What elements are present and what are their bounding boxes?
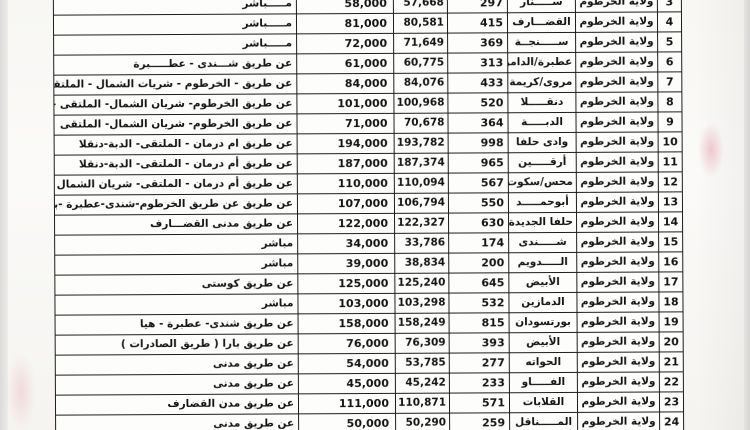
- route-cell: عن طريق ام درمان - الملتقى- الدبة-دنقلا: [54, 134, 297, 155]
- route-cell: مـــــباشر: [53, 14, 296, 35]
- row-number-cell: 8: [658, 92, 682, 112]
- fare-rounded-cell: 125,000: [298, 273, 395, 294]
- fare-exact-cell: 122,327: [394, 213, 448, 233]
- city-cell: الـــــدويم: [509, 252, 577, 272]
- fare-rounded-cell: 76,000: [298, 333, 395, 354]
- distance-km-cell: 200: [449, 253, 509, 273]
- distance-fare-table: 3ولاية الخرطومســـــنار29757,66858,000مـ…: [53, 0, 684, 430]
- distance-km-cell: 174: [449, 233, 509, 253]
- distance-km-cell: 364: [448, 113, 508, 133]
- fare-rounded-cell: 158,000: [298, 313, 395, 334]
- fare-rounded-cell: 58,000: [296, 0, 393, 14]
- fare-rounded-cell: 72,000: [297, 33, 394, 54]
- city-cell: الفـــــاو: [509, 372, 577, 392]
- city-cell: مروى/كريمة: [508, 72, 576, 92]
- state-cell: ولاية الخرطوم: [575, 0, 657, 12]
- state-cell: ولاية الخرطوم: [575, 12, 657, 32]
- fare-rounded-cell: 187,000: [297, 153, 394, 174]
- city-cell: ســـــنجــة: [508, 32, 576, 52]
- distance-km-cell: 571: [449, 393, 509, 413]
- row-number-cell: 20: [659, 332, 683, 352]
- row-number-cell: 18: [659, 292, 683, 312]
- distance-km-cell: 233: [449, 373, 509, 393]
- distance-km-cell: 532: [449, 293, 509, 313]
- route-cell: عن طريق شندى- عطبرة - هيا: [55, 314, 298, 335]
- row-number-cell: 10: [658, 132, 682, 152]
- state-cell: ولاية الخرطوم: [576, 112, 658, 132]
- fare-rounded-cell: 34,000: [298, 233, 395, 254]
- fare-rounded-cell: 101,000: [297, 93, 394, 114]
- row-number-cell: 13: [658, 192, 682, 212]
- route-cell: عن طريق الخرطوم- شريان الشمال- الملتقى: [54, 114, 297, 135]
- fare-exact-cell: 125,240: [395, 273, 449, 293]
- city-cell: شـــــندى: [509, 232, 577, 252]
- route-cell: عن طريق مدنى القضـــارف: [55, 214, 298, 235]
- city-cell: المـــــناقل: [510, 412, 578, 430]
- fare-rounded-cell: 45,000: [298, 373, 395, 394]
- route-cell: عن طريق مدن القضارف: [55, 394, 298, 415]
- city-cell: أرقـــــين: [508, 152, 576, 172]
- fare-exact-cell: 53,785: [395, 353, 449, 373]
- row-number-cell: 14: [658, 212, 682, 232]
- fare-exact-cell: 60,775: [394, 53, 448, 73]
- fare-rounded-cell: 111,000: [298, 393, 395, 414]
- fare-rounded-cell: 107,000: [297, 193, 394, 214]
- route-cell: مباشر: [55, 294, 298, 315]
- state-cell: ولاية الخرطوم: [577, 372, 659, 392]
- route-cell: عن طريق مدنى: [55, 354, 298, 375]
- state-cell: ولاية الخرطوم: [577, 312, 659, 332]
- distance-km-cell: 433: [448, 73, 508, 93]
- distance-km-cell: 998: [448, 133, 508, 153]
- state-cell: ولاية الخرطوم: [576, 152, 658, 172]
- fare-rounded-cell: 54,000: [298, 353, 395, 374]
- city-cell: وادى حلفا: [508, 132, 576, 152]
- row-number-cell: 24: [660, 412, 684, 430]
- row-number-cell: 15: [659, 232, 683, 252]
- fare-rounded-cell: 39,000: [298, 253, 395, 274]
- city-cell: أبوحمـــــد: [508, 192, 576, 212]
- city-cell: الأبيض: [509, 272, 577, 292]
- city-cell: عطبرة/الدامر: [508, 52, 576, 72]
- fare-rounded-cell: 103,000: [298, 293, 395, 314]
- distance-km-cell: 277: [449, 353, 509, 373]
- distance-km-cell: 415: [447, 13, 507, 33]
- distance-km-cell: 965: [448, 153, 508, 173]
- row-number-cell: 9: [658, 112, 682, 132]
- row-number-cell: 16: [659, 252, 683, 272]
- row-number-cell: 7: [658, 72, 682, 92]
- fare-exact-cell: 110,871: [395, 393, 449, 413]
- row-number-cell: 17: [659, 272, 683, 292]
- route-cell: عن طريق مدنى: [55, 374, 298, 395]
- row-number-cell: 21: [659, 352, 683, 372]
- state-cell: ولاية الخرطوم: [576, 32, 658, 52]
- state-cell: ولاية الخرطوم: [576, 212, 658, 232]
- row-number-cell: 22: [659, 372, 683, 392]
- state-cell: ولاية الخرطوم: [577, 272, 659, 292]
- state-cell: ولاية الخرطوم: [576, 72, 658, 92]
- fare-exact-cell: 84,076: [394, 73, 448, 93]
- route-cell: مـــــباشر: [53, 0, 296, 15]
- city-cell: الدمازين: [509, 292, 577, 312]
- fare-exact-cell: 57,668: [393, 0, 447, 13]
- distance-km-cell: 567: [448, 173, 508, 193]
- state-cell: ولاية الخرطوم: [578, 412, 660, 430]
- route-cell: عن طريق أم درمان - الملتقى- شريان الشمال: [54, 174, 297, 195]
- city-cell: محس/سكوت: [508, 172, 576, 192]
- city-cell: بورتسودان: [509, 312, 577, 332]
- fare-rounded-cell: 81,000: [296, 13, 393, 34]
- distance-km-cell: 297: [447, 0, 507, 13]
- fare-rounded-cell: 110,000: [297, 173, 394, 194]
- fare-exact-cell: 71,649: [394, 33, 448, 53]
- fare-exact-cell: 103,298: [395, 293, 449, 313]
- fare-exact-cell: 193,782: [394, 133, 448, 153]
- city-cell: الدبـــــة: [508, 112, 576, 132]
- state-cell: ولاية الخرطوم: [576, 92, 658, 112]
- state-cell: ولاية الخرطوم: [577, 352, 659, 372]
- state-cell: ولاية الخرطوم: [577, 332, 659, 352]
- row-number-cell: 11: [658, 152, 682, 172]
- route-cell: عن طريق عن طريق الخرطوم-شندى-عطبرة -بربر: [54, 194, 297, 215]
- route-cell: مباشر: [55, 234, 298, 255]
- table-tilt-wrapper: 3ولاية الخرطومســـــنار29757,66858,000مـ…: [53, 0, 684, 430]
- route-cell: عن طريق أم درمان - الملتقى- الدبة-دنقلا: [54, 154, 297, 175]
- fare-exact-cell: 100,968: [394, 93, 448, 113]
- route-cell: عن طريق مدنى: [56, 414, 299, 430]
- fare-exact-cell: 110,094: [394, 173, 448, 193]
- route-cell: عن طريق بارا ( طريق الصادرات ): [55, 334, 298, 355]
- state-cell: ولاية الخرطوم: [576, 192, 658, 212]
- distance-km-cell: 550: [448, 193, 508, 213]
- distance-km-cell: 393: [449, 333, 509, 353]
- route-cell: عن طريق شـــندى - عطـــــبرة: [54, 54, 297, 75]
- state-cell: ولاية الخرطوم: [576, 172, 658, 192]
- fare-exact-cell: 187,374: [394, 153, 448, 173]
- fare-exact-cell: 70,678: [394, 113, 448, 133]
- city-cell: دنقـــــلا: [508, 92, 576, 112]
- state-cell: ولاية الخرطوم: [576, 132, 658, 152]
- state-cell: ولاية الخرطوم: [577, 292, 659, 312]
- table-body: 3ولاية الخرطومســـــنار29757,66858,000مـ…: [53, 0, 683, 430]
- fare-exact-cell: 158,249: [395, 313, 449, 333]
- route-cell: عن طريق كوستى: [55, 274, 298, 295]
- fare-rounded-cell: 61,000: [297, 53, 394, 74]
- photo-right-edge: [744, 0, 750, 430]
- fare-exact-cell: 38,834: [395, 253, 449, 273]
- row-number-cell: 4: [657, 12, 681, 32]
- fare-rounded-cell: 71,000: [297, 113, 394, 134]
- distance-km-cell: 645: [449, 273, 509, 293]
- distance-km-cell: 630: [448, 213, 508, 233]
- city-cell: القلابات: [509, 392, 577, 412]
- city-cell: ســـــنار: [507, 0, 575, 13]
- fare-rounded-cell: 122,000: [298, 213, 395, 234]
- distance-km-cell: 313: [448, 53, 508, 73]
- photographed-document: 3ولاية الخرطومســـــنار29757,66858,000مـ…: [0, 0, 750, 430]
- fare-exact-cell: 76,309: [395, 333, 449, 353]
- state-cell: ولاية الخرطوم: [576, 52, 658, 72]
- fare-exact-cell: 106,794: [394, 193, 448, 213]
- city-cell: الحواته: [509, 352, 577, 372]
- row-number-cell: 19: [659, 312, 683, 332]
- row-number-cell: 5: [658, 32, 682, 52]
- row-number-cell: 12: [658, 172, 682, 192]
- fare-exact-cell: 33,786: [395, 233, 449, 253]
- row-number-cell: 6: [658, 52, 682, 72]
- city-cell: حلفا الجديدة: [508, 212, 576, 232]
- route-cell: مباشر: [55, 254, 298, 275]
- distance-km-cell: 259: [450, 413, 510, 430]
- distance-km-cell: 815: [449, 313, 509, 333]
- fare-exact-cell: 50,290: [396, 413, 450, 430]
- fare-rounded-cell: 84,000: [297, 73, 394, 94]
- route-cell: مـــــباشر: [54, 34, 297, 55]
- fare-exact-cell: 45,242: [395, 373, 449, 393]
- table-row: 24ولاية الخرطومالمـــــناقل25950,29050,0…: [56, 412, 684, 430]
- fare-rounded-cell: 194,000: [297, 133, 394, 154]
- fare-rounded-cell: 50,000: [299, 413, 396, 430]
- row-number-cell: 23: [659, 392, 683, 412]
- city-cell: القضـــارف: [507, 12, 575, 32]
- row-number-cell: 3: [657, 0, 681, 12]
- distance-km-cell: 520: [448, 93, 508, 113]
- state-cell: ولاية الخرطوم: [577, 232, 659, 252]
- state-cell: ولاية الخرطوم: [577, 392, 659, 412]
- distance-km-cell: 369: [448, 33, 508, 53]
- city-cell: الأبيض: [509, 332, 577, 352]
- route-cell: عن طريق الخرطوم- شريان الشمال- الملتقى -…: [54, 94, 297, 115]
- photo-left-edge: [0, 0, 8, 430]
- fare-exact-cell: 80,581: [393, 13, 447, 33]
- route-cell: عن طريق - الخرطوم - شريات الشمال - الملت…: [54, 74, 297, 95]
- state-cell: ولاية الخرطوم: [577, 252, 659, 272]
